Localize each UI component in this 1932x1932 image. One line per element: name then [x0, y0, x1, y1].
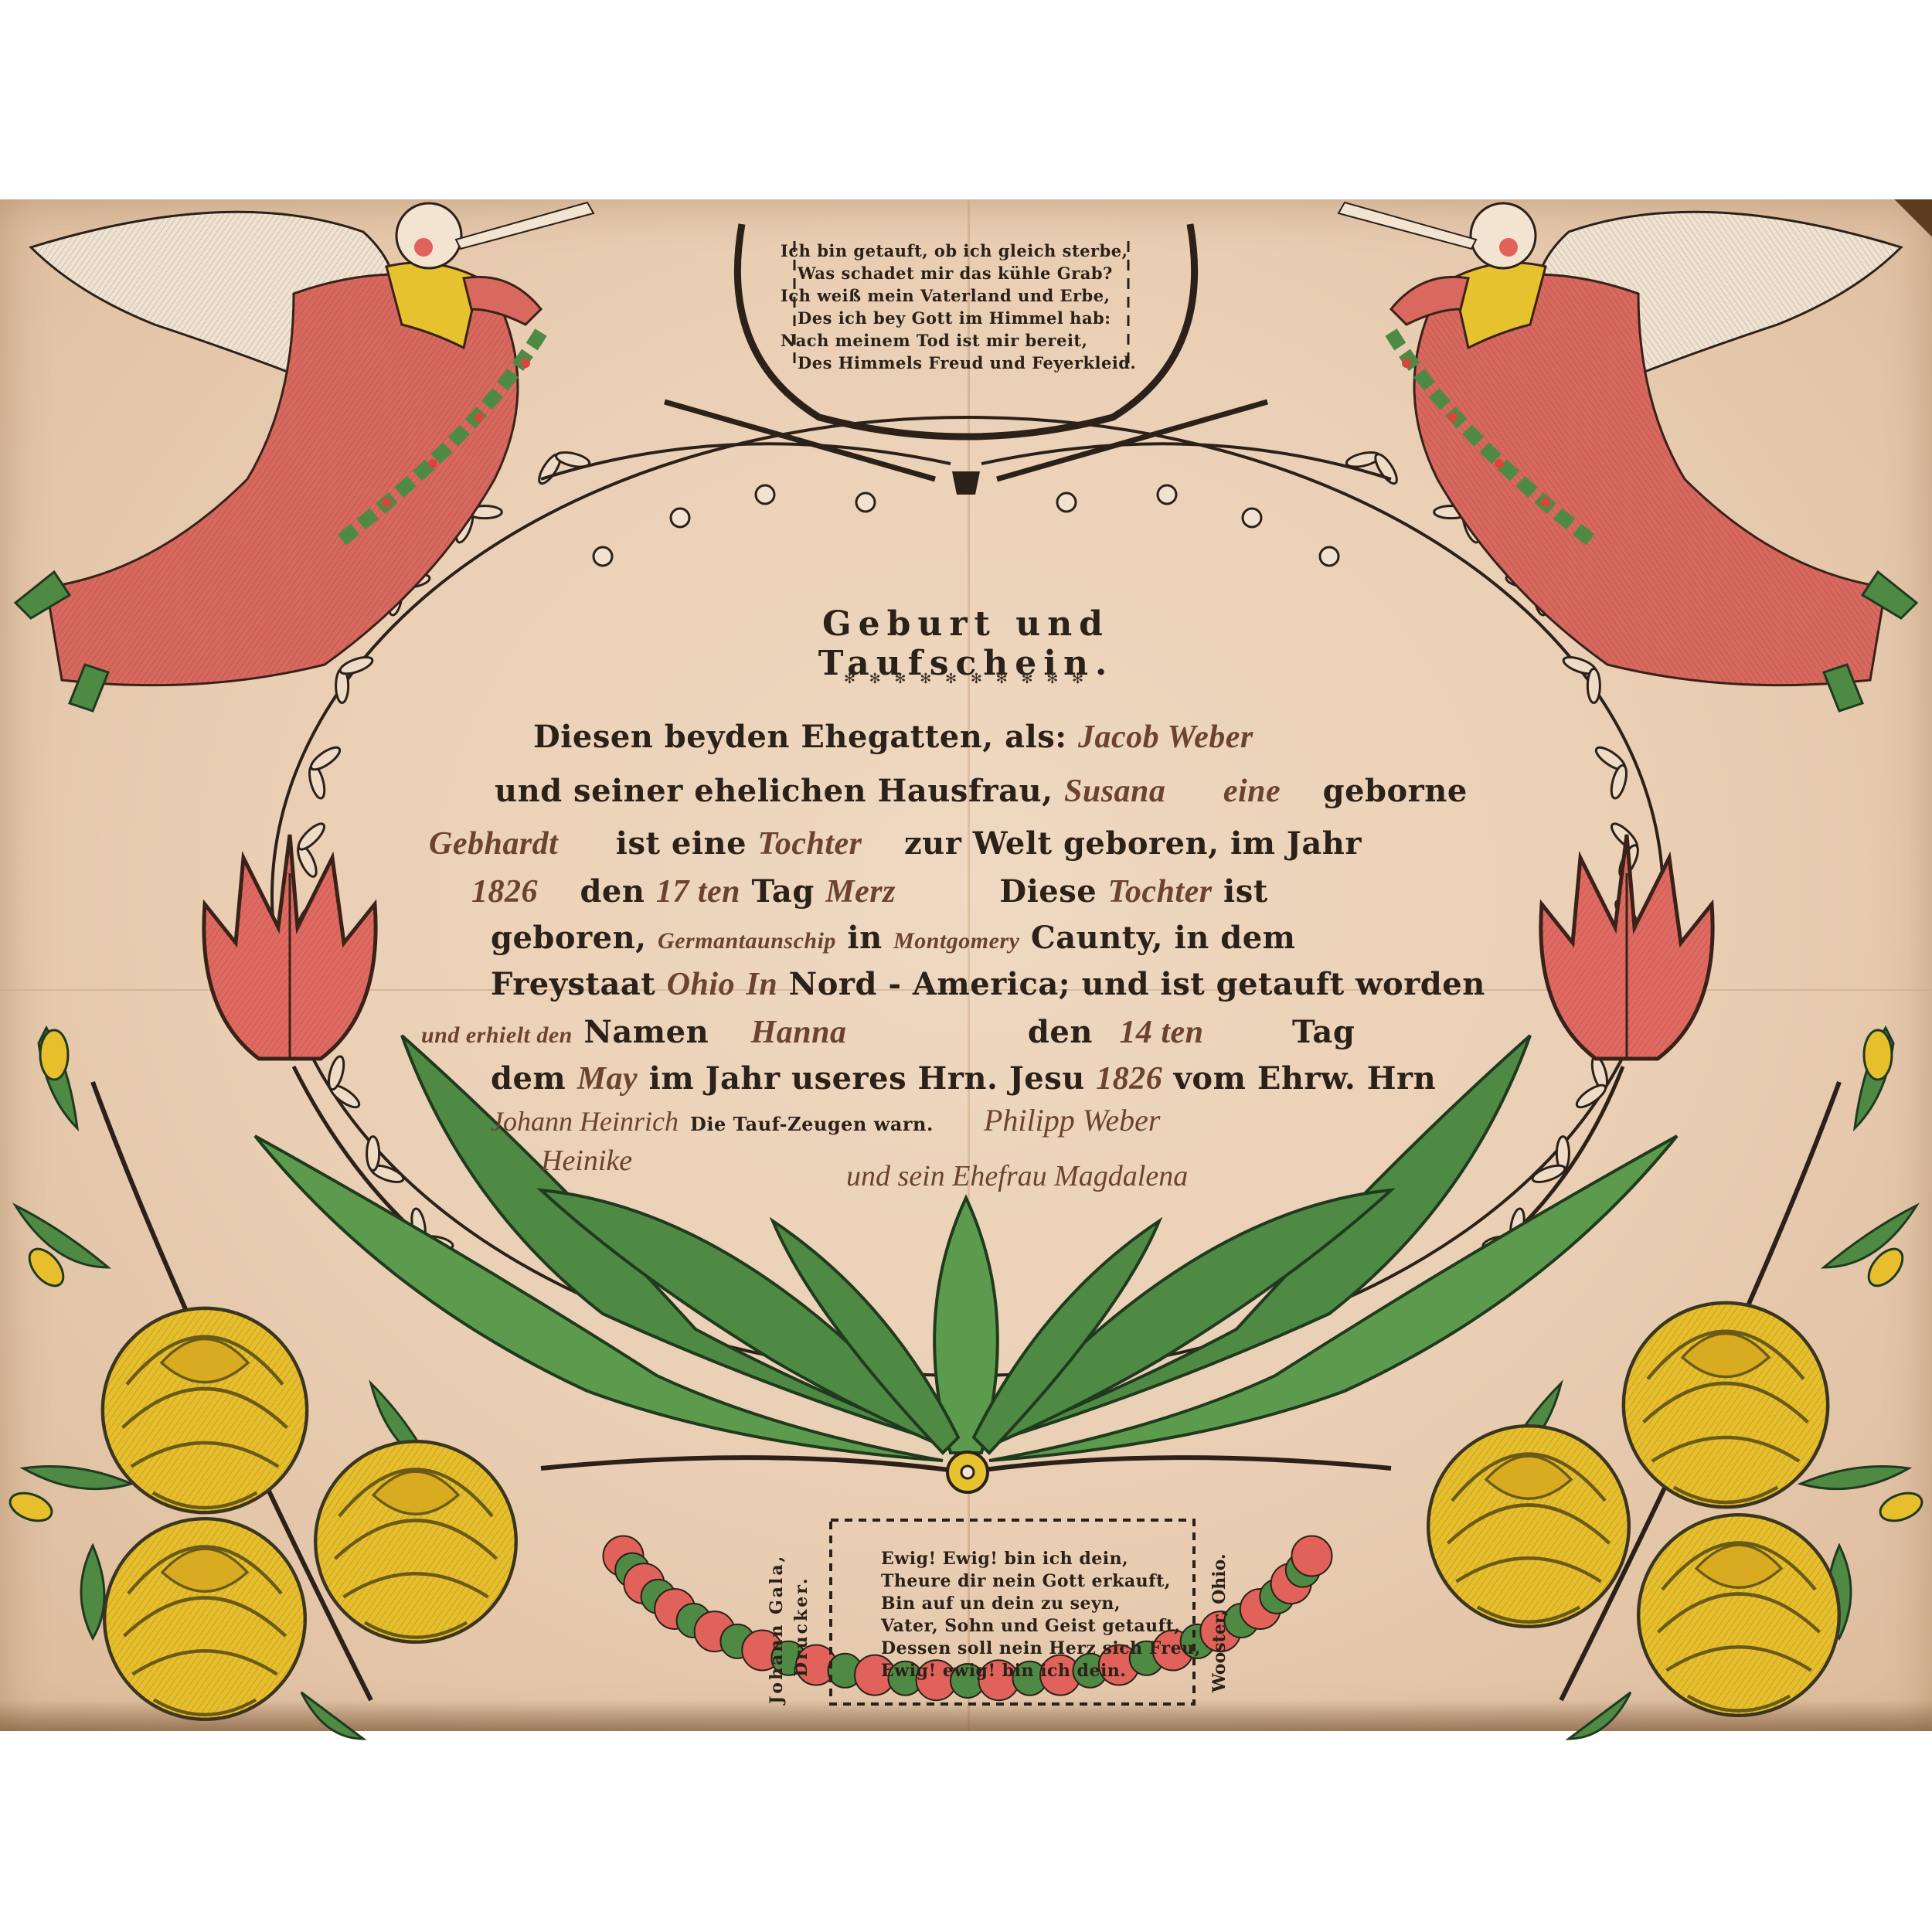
handwritten-extra: eine [1223, 774, 1281, 809]
printed-text: Tag [751, 873, 814, 910]
verse-line: Des Himmels Freud und Feyerkleid. [781, 352, 1144, 374]
ornament-divider: ✻ ✻ ✻ ✻ ✻ ✻ ✻ ✻ ✻ ✻ [796, 671, 1136, 687]
cert-line-7: und erhielt den Namen Hanna den 14 ten T… [421, 1014, 1355, 1051]
printer-role: Drucker. [791, 1546, 811, 1677]
verse-line: Dessen soll nein Herz sich Freu, [881, 1638, 1182, 1660]
birth-month: Merz [825, 874, 896, 910]
certificate-paper [0, 199, 1932, 1731]
mother-name: Susana [1064, 774, 1165, 809]
cert-line-2: und seiner ehelichen Hausfrau, Susana ei… [495, 773, 1468, 810]
pastor-first-name: Johann Heinrich [491, 1106, 679, 1137]
baptism-month: May [577, 1061, 638, 1097]
verse-line: Des ich bey Gott im Himmel hab: [781, 307, 1144, 329]
verse-line: Was schadet mir das kühle Grab? [781, 262, 1144, 284]
printed-text: in [847, 920, 882, 956]
sponsors-label: Die Tauf-Zeugen warn. [690, 1113, 934, 1135]
printed-text: Caunty, in dem [1031, 920, 1296, 956]
printed-text: den [1028, 1014, 1093, 1050]
verse-line: Ewig! Ewig! bin ich dein, [881, 1548, 1182, 1570]
printed-text: den [580, 873, 645, 910]
pastor-and-sponsors-row: Johann Heinrich Die Tauf-Zeugen warn. Ph… [491, 1102, 1160, 1138]
printed-text: geborne [1323, 773, 1468, 809]
printed-text: vom Ehrw. Hrn [1174, 1060, 1437, 1097]
verse-line: Bin auf un dein zu seyn, [881, 1593, 1182, 1615]
printed-text: zur Welt geboren, im Jahr [904, 825, 1362, 862]
handwritten-extra: und erhielt den [421, 1022, 573, 1048]
printed-text: und seiner ehelichen Hausfrau, [495, 773, 1053, 809]
child-kind: Tochter [1108, 874, 1213, 910]
printed-text: ist eine [616, 825, 747, 862]
frame-shadow [0, 1700, 1932, 1731]
pastor-last-name: Heinike [541, 1144, 632, 1178]
printed-text: Diesen beyden Ehegatten, als: [533, 719, 1067, 755]
printed-text: ist [1223, 873, 1268, 910]
cert-line-8: dem May im Jahr useres Hrn. Jesu 1826 vo… [491, 1060, 1436, 1097]
frame-corner [1886, 199, 1932, 246]
printer-location: Wooster, Ohio. [1209, 1538, 1230, 1692]
bottom-verse: Ewig! Ewig! bin ich dein, Theure dir nei… [881, 1548, 1182, 1682]
birth-county: Montgomery [893, 928, 1019, 954]
birth-day: 17 ten [656, 874, 740, 910]
verse-line: Vater, Sohn und Geist getauft, [881, 1615, 1182, 1638]
printed-text: im Jahr useres Hrn. Jesu [649, 1060, 1085, 1097]
cert-line-1: Diesen beyden Ehegatten, als: Jacob Webe… [533, 719, 1253, 756]
handwritten-extra: In [747, 967, 778, 1002]
cert-line-5: geboren, Germantaunschip in Montgomery C… [491, 920, 1295, 956]
birth-year: 1826 [471, 874, 538, 910]
verse-line: Ewig! ewig! bin ich dein. [881, 1660, 1182, 1682]
father-name: Jacob Weber [1078, 719, 1253, 755]
printed-text: geboren, [491, 920, 647, 956]
child-name: Hanna [751, 1015, 847, 1050]
printed-text: Freystaat [491, 966, 655, 1002]
cert-line-3: Gebhardt ist eine Tochter zur Welt gebor… [429, 825, 1362, 862]
verse-line: Theure dir nein Gott erkauft, [881, 1570, 1182, 1593]
cert-line-6: Freystaat Ohio In Nord - America; und is… [491, 966, 1485, 1003]
verse-line: Ich weiß mein Vaterland und Erbe, [781, 284, 1144, 307]
verse-line: Nach meinem Tod ist mir bereit, [781, 329, 1144, 352]
printer-name: Johann Gala, [767, 1519, 787, 1704]
cert-line-4: 1826 den 17 ten Tag Merz Diese Tochter i… [471, 873, 1268, 910]
printed-text: Tag [1292, 1014, 1355, 1050]
birth-township: Germantaunschip [658, 928, 836, 954]
printed-text: dem [491, 1060, 566, 1097]
child-kind: Tochter [758, 826, 862, 862]
birth-state: Ohio [667, 967, 735, 1002]
baptism-year: 1826 [1096, 1061, 1162, 1097]
sponsor-second: und sein Ehefrau Magdalena [846, 1159, 1188, 1193]
baptism-day: 14 ten [1119, 1015, 1203, 1050]
printed-text: Diese [999, 873, 1097, 910]
sponsor-first: Philipp Weber [984, 1103, 1161, 1138]
mother-maiden-name: Gebhardt [429, 826, 558, 862]
printed-text: Nord - America; und ist getauft worden [789, 966, 1485, 1002]
top-verse: Ich bin getauft, ob ich gleich sterbe, W… [781, 240, 1144, 374]
verse-line: Ich bin getauft, ob ich gleich sterbe, [781, 240, 1144, 262]
printed-text: Namen [583, 1014, 709, 1050]
